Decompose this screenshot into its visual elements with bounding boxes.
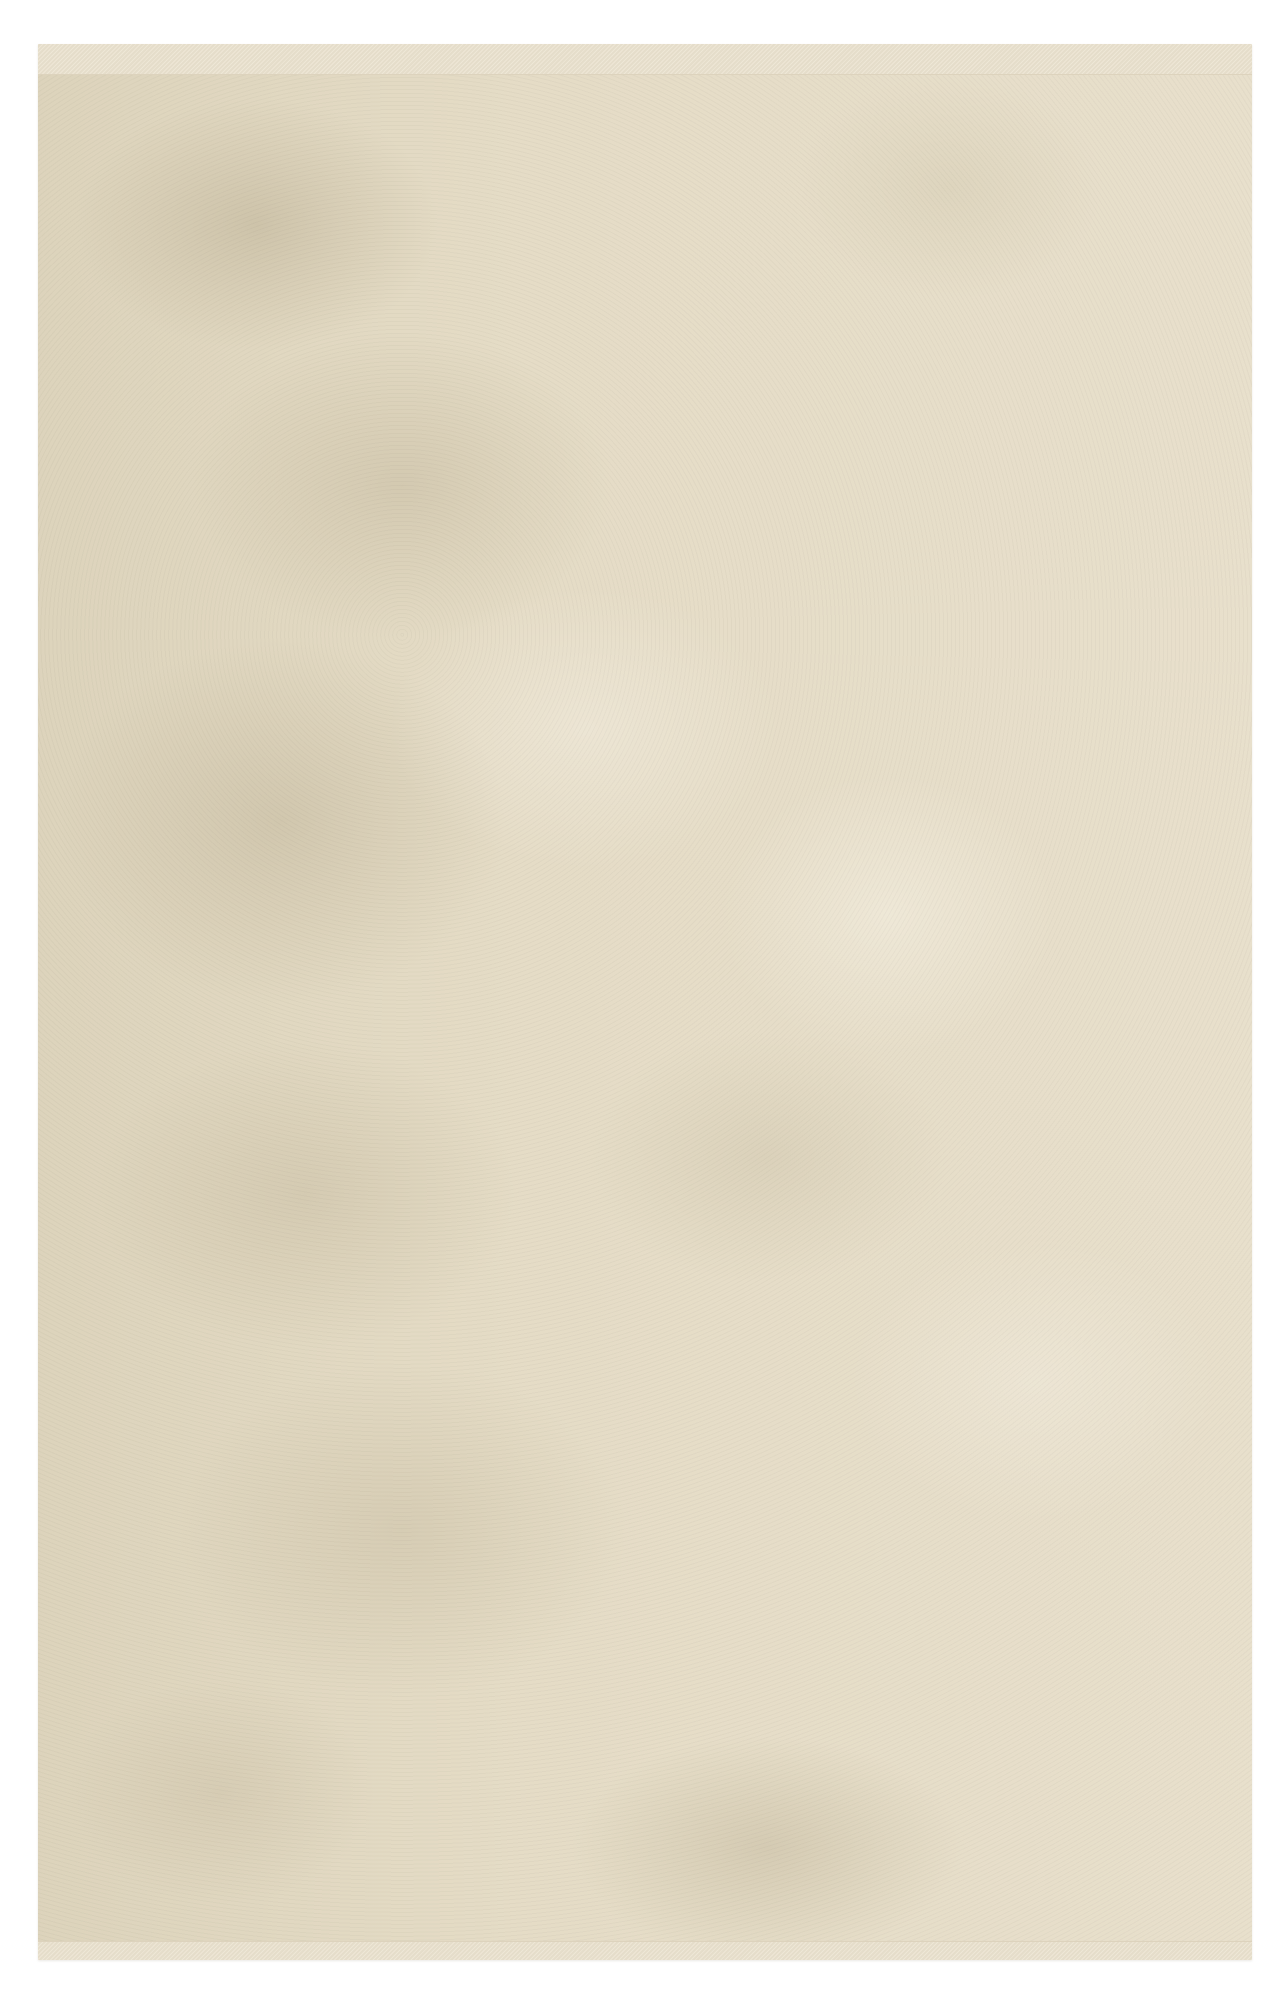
towel-terry-pile [38,75,1252,1941]
towel [38,44,1252,1960]
towel-bottom-hem [38,1941,1252,1960]
product-photo [0,0,1287,2000]
towel-top-hem [38,44,1252,75]
